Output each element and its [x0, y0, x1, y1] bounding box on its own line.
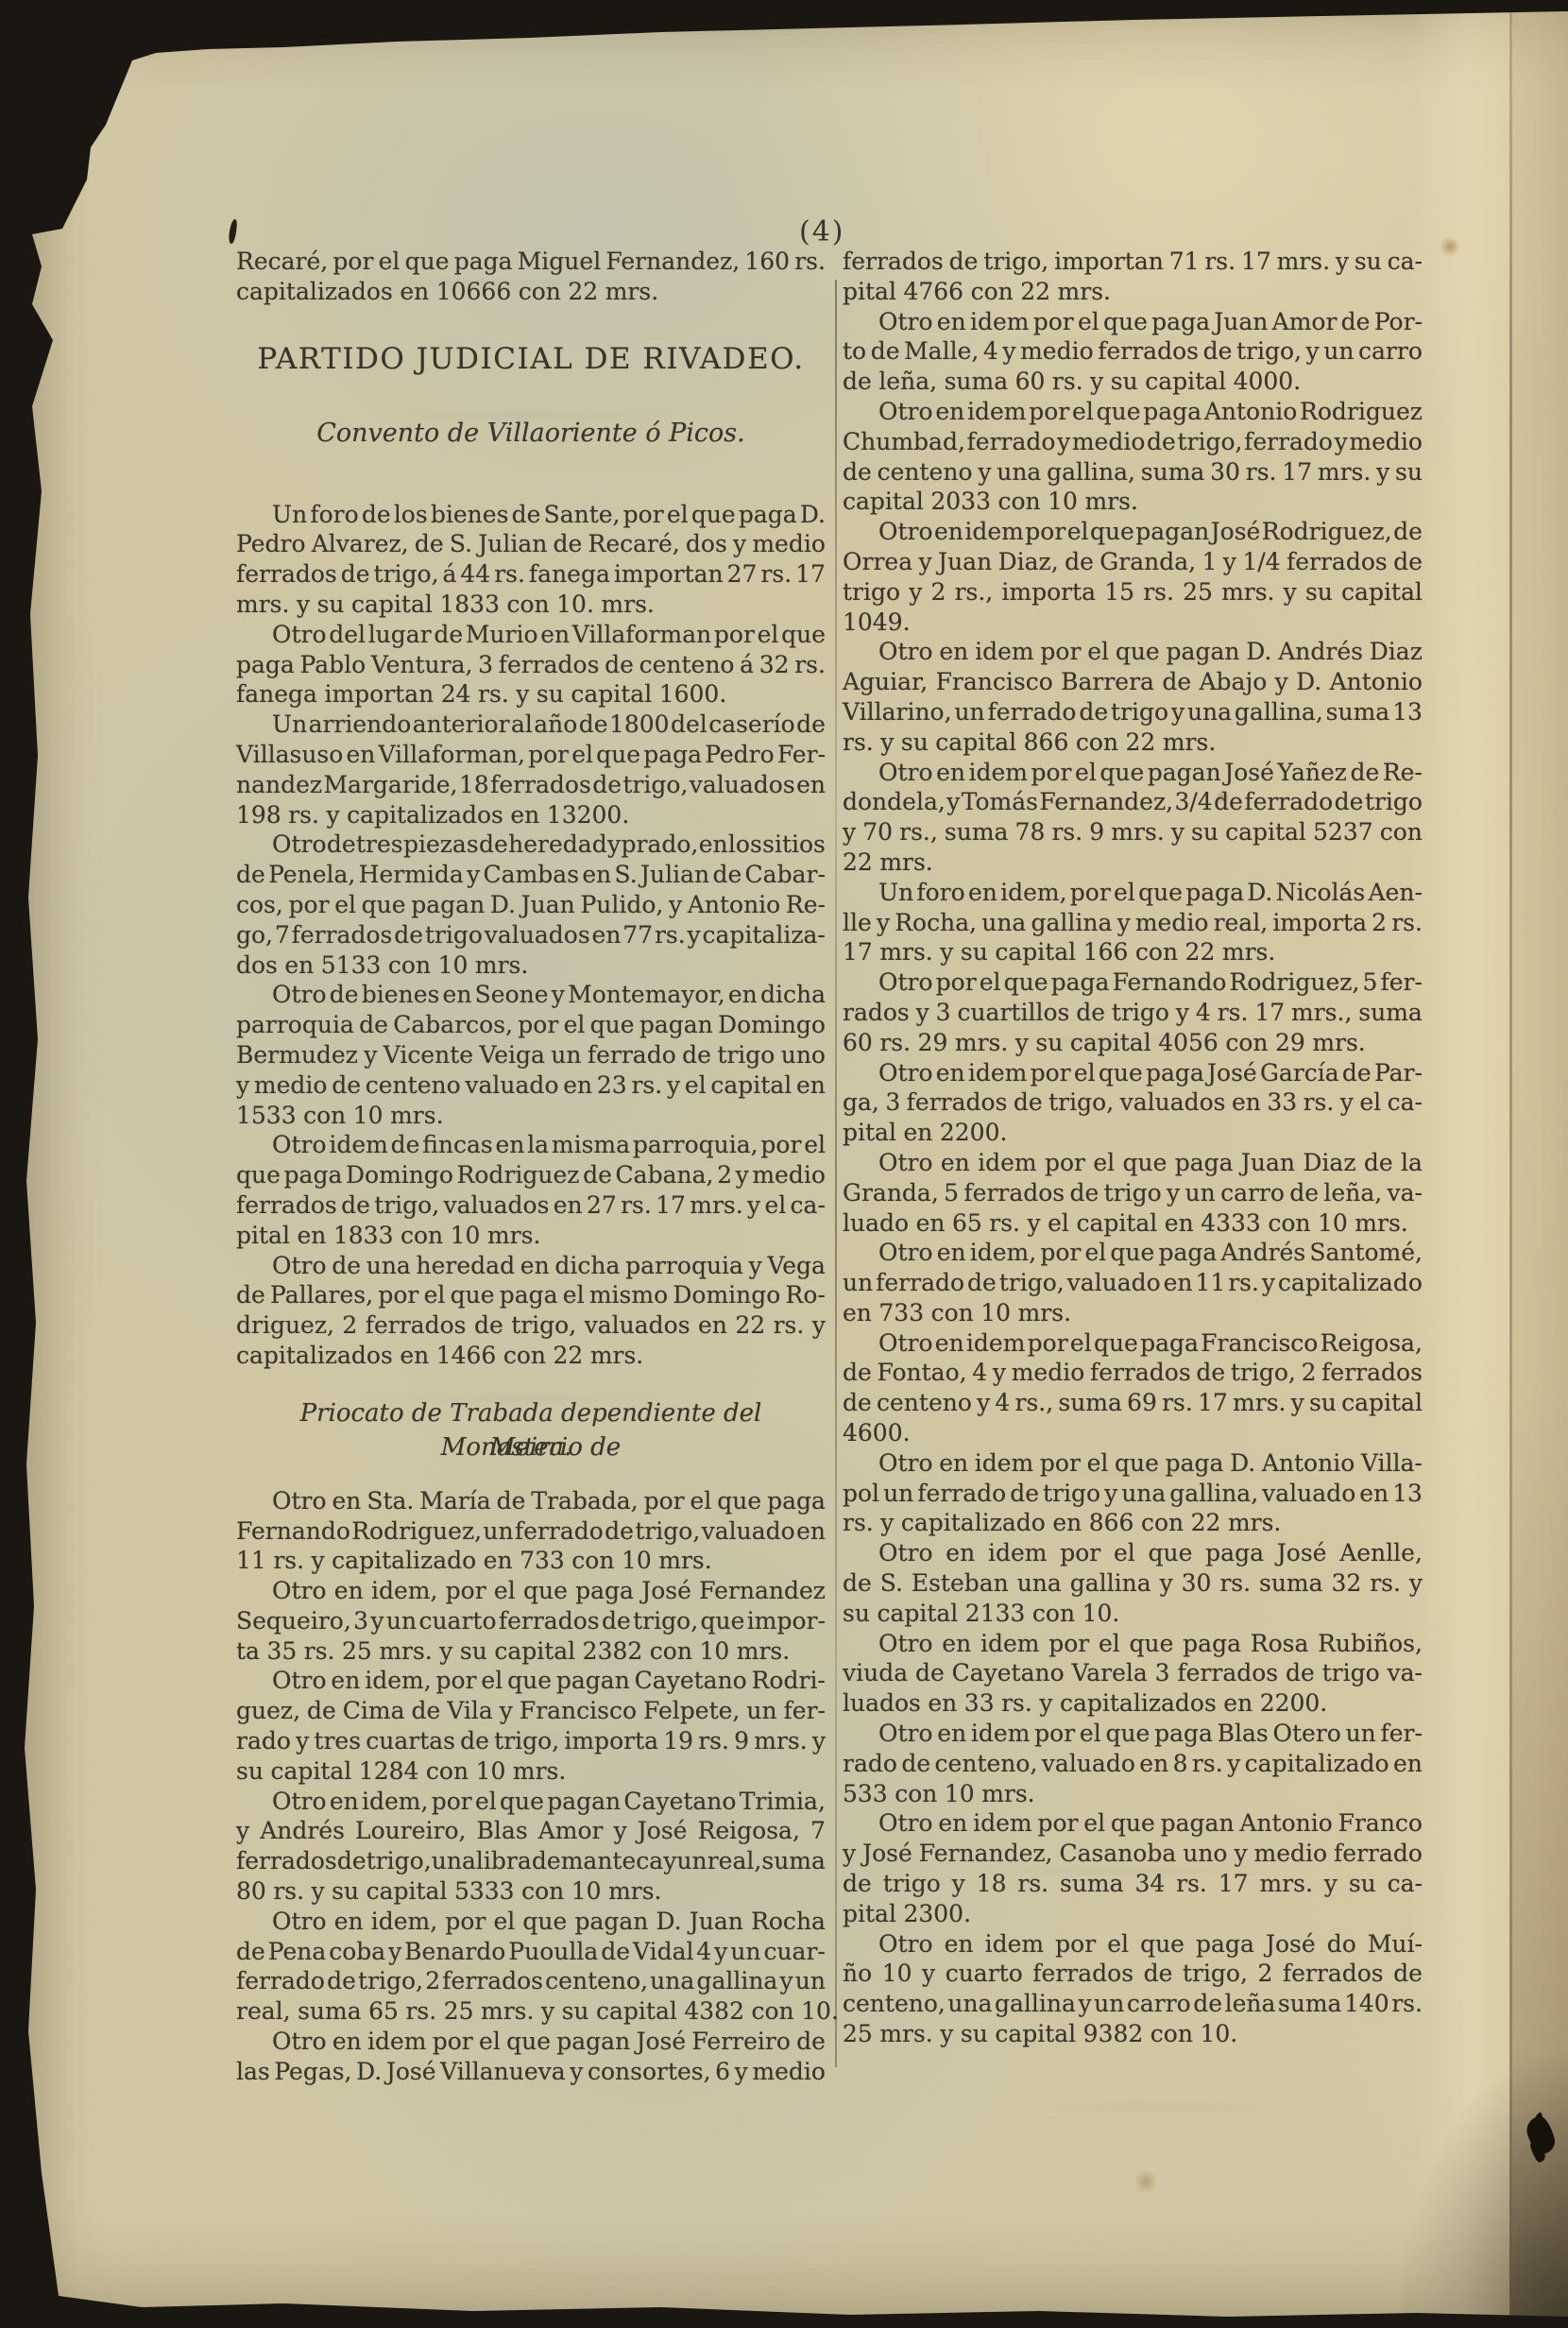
text-line: OtroenidemporelquepaganJoséRodriguez,de: [843, 518, 1423, 548]
right-column: ferradosdetrigo,importan71rs.17mrs.ysuca…: [843, 248, 1423, 2050]
paragraph: OtrodeunaheredadendichaparroquiayVegadeP…: [236, 1252, 826, 1372]
paragraph: Otroenidem,porelquepagaAndrésSantomé,unf…: [843, 1239, 1423, 1328]
text-line: OtroporelquepagaFernandoRodriguez,5fer-: [843, 968, 1423, 999]
paragraph: OtroenidemporelquepagaD.AntonioVilla-pol…: [843, 1449, 1423, 1539]
text-line: radodecenteno,valuadoen8rs.ycapitalizado…: [843, 1750, 1423, 1780]
text-line: Unforoenidem,porelquepagaD.NicolásAen-: [843, 879, 1423, 909]
text-line: dePenela,HermidayCambasenS.JuliandeCabar…: [236, 861, 826, 891]
paragraph: OtroenidemporelquepaganAntonioFrancoyJos…: [843, 1809, 1423, 1929]
text-line: real,suma65rs.25mrs.ysucapital4382con10.: [236, 1997, 826, 2028]
trabada-paragraph-group: OtroenSta.MaríadeTrabada,porelquepagaFer…: [236, 1487, 826, 2088]
text-line: OtroenidemporelquepagaFranciscoReigosa,: [843, 1329, 1423, 1360]
text-line: OtroenidemporelquepagaAntonioRodriguez: [843, 398, 1423, 428]
text-line: OtroenidemporelquepaganJoséYañezdeRe-: [843, 759, 1423, 789]
text-line: ferradosdetrigo,valuadosen27rs.17mrs.yel…: [236, 1191, 826, 1222]
text-line: OtroenidemporelquepagaJoséAenlle,: [843, 1539, 1423, 1569]
paragraph: OtroenSta.MaríadeTrabada,porelquepagaFer…: [236, 1487, 826, 1577]
paragraph: Otroenidem,porelquepaganCayetanoTrimia,y…: [236, 1788, 826, 1908]
text-line: lleyRocha,unagallinaymedioreal,importa2r…: [843, 909, 1423, 939]
text-line: Chumbad,ferradoymediodetrigo,ferradoymed…: [843, 428, 1423, 458]
text-line: PedroAlvarez,deS.JuliandeRecaré,dosymedi…: [236, 530, 826, 560]
text-line: centeno,unagallinayuncarrodeleñasuma140r…: [843, 1990, 1423, 2020]
text-line: OtroenidemporelquepagaBlasOterounfer-: [843, 1720, 1423, 1750]
text-line: capitalizadosen10666con22mrs.: [236, 278, 826, 308]
paragraph: OtroenidemporelquepagaJosédoMuí-ño10ycua…: [843, 1930, 1423, 2050]
text-line: Otroenidem,porelquepagaJoséFernandez: [236, 1577, 826, 1607]
foxing-stain: [1133, 2169, 1158, 2194]
text-line: Otroidemdefincasenlamismaparroquia,porel: [236, 1131, 826, 1161]
left-column: Recaré,porelquepagaMiguelFernandez,160rs…: [236, 248, 826, 2088]
text-line: yAndrésLoureiro,BlasAmoryJoséReigosa,7: [236, 1817, 826, 1847]
ink-fleck: [228, 219, 238, 245]
text-line: cos,porelquepaganD.JuanPulido,yAntonioRe…: [236, 891, 826, 921]
paragraph: Otroenidem,porelquepaganCayetanoRodri-gu…: [236, 1667, 826, 1787]
text-line: Recaré,porelquepagaMiguelFernandez,160rs…: [236, 248, 826, 278]
text-line: mrs.ysucapital1833con10.mrs.: [236, 591, 826, 621]
text-line: deS.Estebanunagallinay30rs.suma32rs.y: [843, 1569, 1423, 1600]
text-line: y70rs.,suma78rs.9mrs.ysucapital5237con: [843, 818, 1423, 848]
text-line: detrigoy18rs.suma34rs.17mrs.ysuca-: [843, 1870, 1423, 1900]
text-line: pital2300.: [843, 1900, 1423, 1930]
text-line: capital2033con10mrs.: [843, 488, 1423, 518]
text-line: yJoséFernandez,Casanobaunoymedioferrado: [843, 1840, 1423, 1870]
text-line: 533con10mrs.: [843, 1780, 1423, 1810]
text-line: ferradodetrigo,2ferradoscenteno,unagalli…: [236, 1967, 826, 1997]
text-line: 80rs.ysucapital5333con10mrs.: [236, 1877, 826, 1908]
text-line: pitalen2200.: [843, 1119, 1423, 1149]
text-line: viudadeCayetanoVarela3ferradosdetrigova-: [843, 1659, 1423, 1689]
paragraph: ferradosdetrigo,importan71rs.17mrs.ysuca…: [843, 248, 1423, 308]
text-line: unferradodetrigo,valuadoen11rs.ycapitali…: [843, 1269, 1423, 1299]
text-line: Villarino,unferradodetrigoyunagallina,su…: [843, 698, 1423, 728]
text-line: dosen5133con10mrs.: [236, 951, 826, 982]
page-fold-highlight: [1407, 0, 1509, 2328]
text-line: Otroenidem,porelquepaganD.JuanRocha: [236, 1908, 826, 1938]
paragraph: OtroenidemporelquepagaFranciscoReigosa,d…: [843, 1329, 1423, 1449]
text-line: 198rs.ycapitalizadosen13200.: [236, 801, 826, 831]
text-line: Otroenidem,porelquepaganCayetanoRodri-: [236, 1667, 826, 1697]
text-line: radoytrescuartasdetrigo,importa19rs.9mrs…: [236, 1727, 826, 1757]
continuation-paragraph-group: Recaré,porelquepagaMiguelFernandez,160rs…: [236, 248, 826, 308]
paragraph: Otrodetrespiezasdeheredadyprado,enlossit…: [236, 830, 826, 981]
text-line: OtroenidemporelquepagaJoséGarcíadePar-: [843, 1059, 1423, 1089]
text-line: sucapital1284con10mrs.: [236, 1757, 826, 1788]
paragraph: Recaré,porelquepagaMiguelFernandez,160rs…: [236, 248, 826, 308]
text-line: parroquiadeCabarcos,porelquepaganDomingo: [236, 1011, 826, 1041]
paragraph: OtroenidemporelquepaganJoséRodriguez,deO…: [843, 518, 1423, 638]
paragraph: OtroenidemporelquepagaJuanDiazdelaGranda…: [843, 1149, 1423, 1239]
text-line: OtroenidemporelquepaganD.AndrésDiaz: [843, 638, 1423, 668]
villaoriente-paragraph-group: UnforodelosbienesdeSante,porelquepagaD.P…: [236, 501, 826, 1372]
text-line: OtroenidemporelquepagaD.AntonioVilla-: [843, 1449, 1423, 1480]
paragraph: UnforodelosbienesdeSante,porelquepagaD.P…: [236, 501, 826, 621]
right-paragraph-group: ferradosdetrigo,importan71rs.17mrs.ysuca…: [843, 248, 1423, 2050]
text-line: OrreayJuanDiaz,deGranda,1y1/4ferradosde: [843, 548, 1423, 578]
paragraph: OtrodellugardeMurioenVillaformanporelque…: [236, 621, 826, 710]
text-line: ga,3ferradosdetrigo,valuadosen33rs.yelca…: [843, 1088, 1423, 1119]
text-line: Sequeiro,3yuncuartoferradosdetrigo,queim…: [236, 1607, 826, 1637]
text-line: 17mrs.ysucapital166con22mrs.: [843, 938, 1423, 968]
text-line: 4600.: [843, 1419, 1423, 1449]
convento-subheading: Convento de Villaoriente ó Picos.: [236, 414, 826, 454]
scanned-document-page: { "colors": { "paper": "#d3c9a5", "ink":…: [0, 0, 1568, 2328]
paragraph: OtroenidemporelquepagaAntonioRodriguezCh…: [843, 398, 1423, 518]
text-line: dondela,yTomásFernandez,3/4deferradodetr…: [843, 788, 1423, 818]
paragraph: Otroidemdefincasenlamismaparroquia,porel…: [236, 1131, 826, 1251]
text-line: deFontao,4ymedioferradosdetrigo,2ferrado…: [843, 1359, 1423, 1389]
paragraph: OtroporelquepagaFernandoRodriguez,5fer-r…: [843, 968, 1423, 1058]
text-line: pagaPabloVentura,3ferradosdecentenoá32rs…: [236, 651, 826, 681]
heading-line: Meira.: [236, 1430, 826, 1464]
text-line: Otroenidem,porelquepagaAndrésSantomé,: [843, 1239, 1423, 1269]
page-number: (4): [799, 215, 865, 248]
text-line: Unarriendoanterioralañode1800delcaseríod…: [236, 710, 826, 741]
adjacent-page-edge: [1512, 0, 1568, 2328]
text-line: 11rs.ycapitalizadoen733con10mrs.: [236, 1547, 826, 1577]
paragraph: OtroenidemporelquepaganJoséYañezdeRe-don…: [843, 759, 1423, 879]
text-line: radosy3cuartillosdetrigoy4rs.17mrs.,suma: [843, 999, 1423, 1029]
text-line: rs.ysucapital866con22mrs.: [843, 728, 1423, 759]
text-line: OtroenidemporelquepagaJosédoMuí-: [843, 1930, 1423, 1960]
text-line: OtrodellugardeMurioenVillaformanporelque: [236, 621, 826, 651]
text-line: rs.ycapitalizadoen866con22mrs.: [843, 1509, 1423, 1539]
text-line: OtroenSta.MaríadeTrabada,porelquepaga: [236, 1487, 826, 1517]
text-line: 22mrs.: [843, 848, 1423, 879]
text-line: OtrodeunaheredadendichaparroquiayVega: [236, 1252, 826, 1282]
text-line: OtroenidemporelquepaganJoséFerreirode: [236, 2028, 826, 2058]
text-line: FernandoRodriguez,unferradodetrigo,valua…: [236, 1517, 826, 1548]
ink-blot: [1523, 2114, 1558, 2157]
paragraph: OtroenidemporelquepaganD.AndrésDiazAguia…: [843, 638, 1423, 758]
text-line: 25mrs.ysucapital9382con10.: [843, 2020, 1423, 2050]
paragraph: OtroenidemporelquepagaBlasOterounfer-rad…: [843, 1720, 1423, 1809]
foxing-stain: [1440, 236, 1460, 257]
text-line: trigoy2rs.,importa15rs.25mrs.ysucapital: [843, 578, 1423, 608]
text-line: 60rs.29mrs.ysucapital4056con29mrs.: [843, 1029, 1423, 1059]
paragraph: Unforoenidem,porelquepagaD.NicolásAen-ll…: [843, 879, 1423, 968]
text-line: decentenoyunagallina,suma30rs.17mrs.ysu: [843, 458, 1423, 488]
paragraph: Unarriendoanterioralañode1800delcaseríod…: [236, 710, 826, 830]
text-line: pital4766con22mrs.: [843, 278, 1423, 308]
text-line: guez,deCimadeVilayFranciscoFelpete,unfer…: [236, 1697, 826, 1727]
text-line: lasPegas,D.JoséVillanuevayconsortes,6yme…: [236, 2058, 826, 2088]
text-line: polunferradodetrigoyunagallina,valuadoen…: [843, 1480, 1423, 1510]
text-line: luadoen65rs.yelcapitalen4333con10mrs.: [843, 1209, 1423, 1240]
text-line: 1533con10mrs.: [236, 1102, 826, 1132]
text-line: ferradosdetrigo,importan71rs.17mrs.ysuca…: [843, 248, 1423, 278]
text-line: driguez,2ferradosdetrigo,valuadosen22rs.…: [236, 1311, 826, 1342]
heading-line: Priocato de Trabada dependiente del Mona…: [236, 1396, 826, 1430]
text-line: dePallares,porelquepagaelmismoDomingoRo-: [236, 1281, 826, 1311]
text-line: VillasusoenVillaforman,porelquepagaPedro…: [236, 741, 826, 771]
page-crease: [1509, 0, 1512, 2328]
text-line: ferradosdetrigo,unalibrademantecayunreal…: [236, 1847, 826, 1877]
priocato-section-heading: Priocato de Trabada dependiente del Mona…: [236, 1396, 826, 1464]
text-line: capitalizadosen1466con22mrs.: [236, 1342, 826, 1372]
text-line: OtroenidemporelquepagaJuanDiazdela: [843, 1149, 1423, 1179]
text-line: Otroenidem,porelquepaganCayetanoTrimia,: [236, 1788, 826, 1818]
text-line: deleña,suma60rs.ysucapital4000.: [843, 368, 1423, 398]
paragraph: Otroenidem,porelquepagaJoséFernandezSequ…: [236, 1577, 826, 1667]
text-line: sucapital2133con10.: [843, 1600, 1423, 1630]
text-line: 1049.: [843, 608, 1423, 639]
text-line: ño10ycuartoferradosdetrigo,2ferradosde: [843, 1960, 1423, 1990]
text-line: Aguiar,FranciscoBarreradeAbajoyD.Antonio: [843, 668, 1423, 698]
paragraph: Otroenidem,porelquepaganD.JuanRochadePen…: [236, 1908, 826, 2028]
paragraph: OtroenidemporelquepagaRosaRubiños,viudad…: [843, 1630, 1423, 1720]
text-line: OtroenidemporelquepagaJuanAmordePor-: [843, 308, 1423, 338]
text-line: BermudezyVicenteVeigaunferradodetrigouno: [236, 1041, 826, 1071]
text-line: luadosen33rs.ycapitalizadosen2200.: [843, 1689, 1423, 1720]
paragraph: OtroenidemporelquepagaJoséAenlle,deS.Est…: [843, 1539, 1423, 1629]
text-line: ferradosdetrigo,á44rs.fanegaimportan27rs…: [236, 560, 826, 591]
text-line: pitalen1833con10mrs.: [236, 1222, 826, 1252]
text-line: nandezMargaride,18ferradosdetrigo,valuad…: [236, 771, 826, 801]
paper-sheet: (4) Recaré,porelquepagaMiguelFernandez,1…: [0, 0, 1568, 2328]
text-line: ymediodecentenovaluadoen23rs.yelcapitale…: [236, 1071, 826, 1102]
paragraph: OtroenidemporelquepagaJuanAmordePor-tode…: [843, 308, 1423, 398]
text-line: quepagaDomingoRodriguezdeCabana,2ymedio: [236, 1161, 826, 1191]
text-line: Granda,5ferradosdetrigoyuncarrodeleña,va…: [843, 1179, 1423, 1209]
text-line: Otrodetrespiezasdeheredadyprado,enlossit…: [236, 830, 826, 861]
text-line: dePenacobayBenardoPuoulladeVidal4yuncuar…: [236, 1938, 826, 1968]
text-line: fanegaimportan24rs.ysucapital1600.: [236, 680, 826, 710]
text-line: decentenoy4rs.,suma69rs.17mrs.ysucapital: [843, 1389, 1423, 1419]
text-line: OtroenidemporelquepaganAntonioFranco: [843, 1809, 1423, 1840]
text-line: OtroenidemporelquepagaRosaRubiños,: [843, 1630, 1423, 1660]
text-line: todeMalle,4ymedioferradosdetrigo,yuncarr…: [843, 337, 1423, 368]
text-line: UnforodelosbienesdeSante,porelquepagaD.: [236, 501, 826, 531]
text-line: en733con10mrs.: [843, 1299, 1423, 1329]
paragraph: OtrodebienesenSeoneyMontemayor,endichapa…: [236, 981, 826, 1131]
text-line: go,7ferradosdetrigovaluadosen77rs.ycapit…: [236, 921, 826, 951]
paragraph: OtroenidemporelquepaganJoséFerreirodelas…: [236, 2028, 826, 2088]
text-line: ta35rs.25mrs.ysucapital2382con10mrs.: [236, 1637, 826, 1668]
column-divider-rule: [835, 280, 837, 2067]
paragraph: OtroenidemporelquepagaJoséGarcíadePar-ga…: [843, 1059, 1423, 1149]
partido-judicial-heading: PARTIDO JUDICIAL DE RIVADEO.: [236, 338, 826, 380]
text-line: OtrodebienesenSeoneyMontemayor,endicha: [236, 981, 826, 1011]
